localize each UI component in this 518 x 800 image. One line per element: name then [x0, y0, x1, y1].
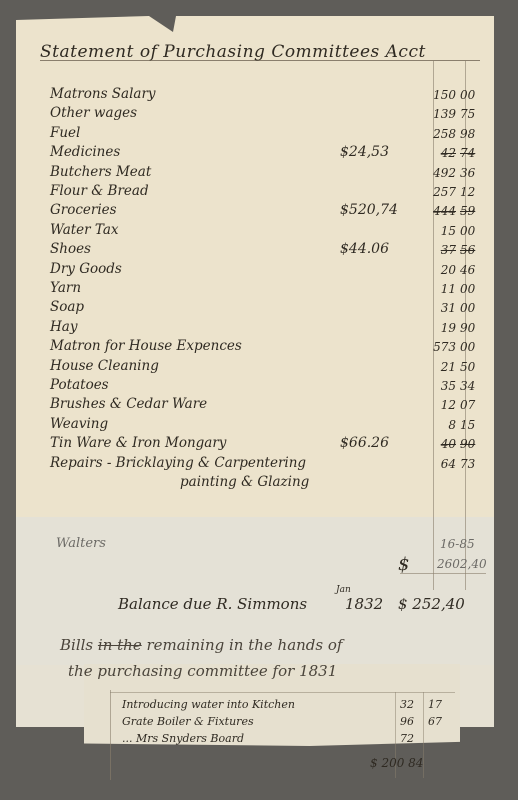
expense-item-cents: 34 [460, 379, 486, 393]
expense-item-cents: 00 [460, 224, 486, 238]
document-title: Statement of Purchasing Committees Acct [40, 42, 426, 62]
expense-item-label: Medicines [50, 144, 120, 160]
expense-item-cents: 00 [460, 282, 486, 296]
balance-amount: $ 252,40 [398, 595, 465, 613]
bills-note-line2: the purchasing committee for 1831 [68, 662, 337, 680]
balance-year: 1832 [345, 595, 383, 613]
expense-item-cents: 36 [460, 166, 486, 180]
slip-item-label: ... Mrs Snyders Board [122, 732, 244, 745]
expense-item-cents: 12 [460, 185, 486, 199]
slip-item-dollars: 32 [400, 698, 414, 711]
slip-left-rule [110, 690, 111, 780]
expense-item-label: Matron for House Expences [50, 338, 242, 354]
expense-item-label: Dry Goods [50, 261, 122, 277]
slip-item-cents: 17 [428, 698, 442, 711]
expense-item-dollars: 139 [432, 107, 456, 121]
expense-item-cents: 46 [460, 263, 486, 277]
expense-item-label: Yarn [50, 280, 81, 296]
expense-item-cents: 59 [460, 204, 486, 218]
slip-item-label: Introducing water into Kitchen [122, 698, 295, 711]
expense-item-label: Flour & Bread [50, 183, 149, 199]
expense-item-label: Shoes [50, 241, 91, 257]
expense-item-cents: 07 [460, 398, 486, 412]
expense-item-label: Potatoes [50, 377, 109, 393]
expense-item-label: Fuel [50, 125, 80, 141]
expense-item-dollars: 492 [432, 166, 456, 180]
total-rule [400, 573, 486, 574]
expense-item-label: Soap [50, 299, 84, 315]
expense-item-cents: 98 [460, 127, 486, 141]
expense-item-note: $66.26 [340, 435, 389, 451]
expense-item-dollars: 20 [432, 263, 456, 277]
expense-item-dollars: 42 [432, 146, 456, 160]
expense-item-dollars: 35 [432, 379, 456, 393]
expense-item-cents: 00 [460, 88, 486, 102]
expense-item-note: $24,53 [340, 144, 389, 160]
expense-item-dollars: 64 [432, 457, 456, 471]
slip-total: $ 200 84 [370, 756, 423, 770]
expense-item-dollars: 258 [432, 127, 456, 141]
bills-note-line1: Bills in the remaining in the hands of [60, 636, 342, 654]
expense-item-cents: 74 [460, 146, 486, 160]
expense-item-label: House Cleaning [50, 358, 159, 374]
slip-item-cents: 67 [428, 715, 442, 728]
expense-item-dollars: 19 [432, 321, 456, 335]
expense-item-dollars: 573 [432, 340, 456, 354]
expense-item-cents: 90 [460, 437, 486, 451]
expense-item-dollars: 15 [432, 224, 456, 238]
expense-item-label: Butchers Meat [50, 164, 151, 180]
expense-item-dollars: 40 [432, 437, 456, 451]
expense-item-cents: 73 [460, 457, 486, 471]
slip-top-rule [110, 692, 455, 693]
expense-item-label: Tin Ware & Iron Mongary [50, 435, 226, 451]
expense-item-dollars: 11 [432, 282, 456, 296]
slip-item-dollars: 72 [400, 732, 414, 745]
bills-word: Bills [60, 636, 93, 654]
expense-item-label: Weaving [50, 416, 108, 432]
expense-item-label: Repairs - Bricklaying & Carpentering [50, 455, 306, 471]
walters-amount: 16-85 [440, 537, 475, 551]
total-symbol: $ [398, 554, 409, 575]
expense-item-dollars: 31 [432, 301, 456, 315]
expense-item-dollars: 37 [432, 243, 456, 257]
expense-item-cents: 56 [460, 243, 486, 257]
expense-item-label: painting & Glazing [180, 474, 309, 490]
expense-item-cents: 15 [460, 418, 486, 432]
expense-item-dollars: 257 [432, 185, 456, 199]
expense-item-dollars: 444 [432, 204, 456, 218]
expense-item-dollars: 150 [432, 88, 456, 102]
expense-item-label: Other wages [50, 105, 137, 121]
bills-line1-rest: remaining in the hands of [146, 636, 342, 654]
balance-month: Jan [336, 585, 351, 595]
expense-item-label: Brushes & Cedar Ware [50, 396, 207, 412]
expense-item-note: $44.06 [340, 241, 389, 257]
slip-item-dollars: 96 [400, 715, 414, 728]
expense-item-dollars: 12 [432, 398, 456, 412]
expense-item-label: Groceries [50, 202, 117, 218]
expense-item-cents: 75 [460, 107, 486, 121]
expense-item-cents: 00 [460, 301, 486, 315]
balance-text: Balance due R. Simmons [118, 595, 307, 613]
bills-struck-text: in the [98, 636, 142, 654]
expense-item-dollars: 21 [432, 360, 456, 374]
expense-item-label: Water Tax [50, 222, 119, 238]
walters-label: Walters [56, 536, 106, 551]
expense-item-note: $520,74 [340, 202, 398, 218]
expense-item-cents: 00 [460, 340, 486, 354]
expense-item-dollars: 8 [432, 418, 456, 432]
expense-item-label: Hay [50, 319, 77, 335]
expense-item-cents: 90 [460, 321, 486, 335]
slip-item-label: Grate Boiler & Fixtures [122, 715, 254, 728]
total-amount: 2602,40 [437, 557, 487, 571]
expense-item-label: Matrons Salary [50, 86, 156, 102]
expense-item-cents: 50 [460, 360, 486, 374]
